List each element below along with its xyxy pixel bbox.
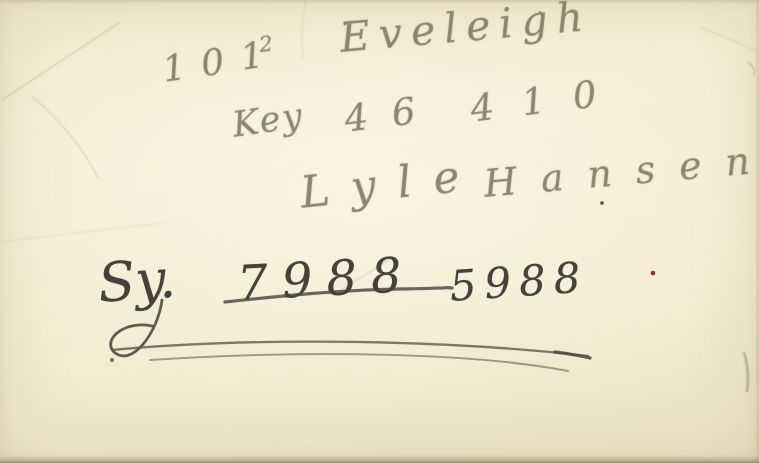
last-name-text: Hansen [482, 137, 759, 206]
card-edge-shading-top [0, 0, 759, 4]
house-number-text-part3: 2 [258, 32, 274, 57]
street-name-text: Eveleigh [338, 0, 594, 62]
new-phone-number-text: 5988 [448, 252, 590, 311]
ref-number-text-2: 410 [468, 69, 627, 131]
ref-number-text-1: 46 [342, 86, 442, 140]
phone-prefix-text: Sy. [96, 247, 178, 315]
red-brown-speck [651, 271, 656, 276]
note-card: 10 1 2 Eveleigh Key 46 410 Lyle Hansen S… [0, 0, 759, 463]
house-number-text-part1: 10 [160, 39, 243, 90]
card-edge-shading-bottom [0, 455, 759, 463]
card-edge-shading-right [755, 0, 759, 463]
pencil-dot [110, 358, 114, 362]
dark-speck [600, 201, 604, 205]
scan-marks-svg [0, 0, 759, 463]
old-phone-number-text: 7988 [236, 247, 417, 312]
scan-vignette [0, 0, 759, 463]
double-underline-flourish [112, 342, 590, 371]
ref-word-text: Key [230, 96, 307, 146]
first-name-text: Lyle [298, 149, 484, 219]
